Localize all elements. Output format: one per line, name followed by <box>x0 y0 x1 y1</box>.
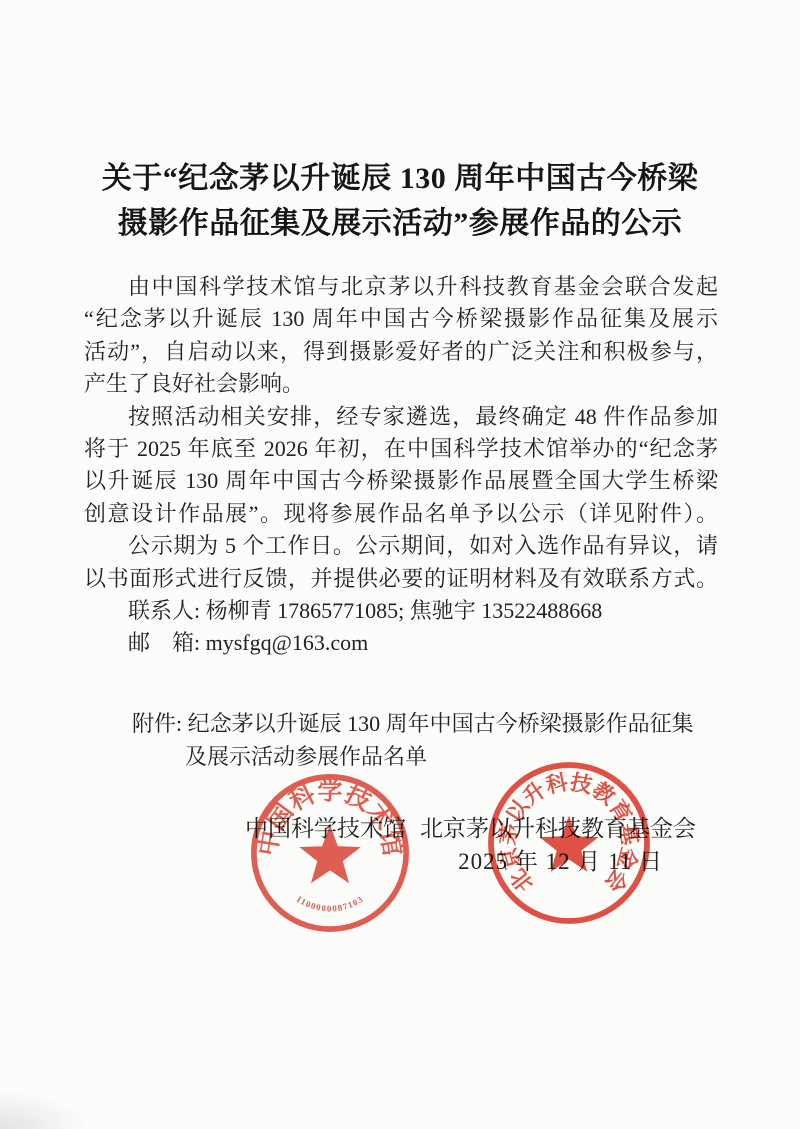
document-title: 关于“纪念茅以升诞辰 130 周年中国古今桥梁 摄影作品征集及展示活动”参展作品… <box>0 156 800 246</box>
seal-serial-number: 1100000087103 <box>295 894 366 914</box>
signature-org-right: 北京茅以升科技教育基金会 <box>420 812 696 845</box>
email-line: 邮 箱: mysfgq@163.com <box>84 627 718 659</box>
body-line: 由中国科学技术馆与北京茅以升科技教育基金会联合发起 <box>84 271 718 303</box>
body-line: 创意设计作品展”。现将参展作品名单予以公示（详见附件）。 <box>84 498 718 530</box>
signature-date: 2025 年 12 月 11 日 <box>245 845 667 878</box>
document-title-line1: 关于“纪念茅以升诞辰 130 周年中国古今桥梁 <box>0 156 800 201</box>
body-line: 以书面形式进行反馈，并提供必要的证明材料及有效联系方式。 <box>84 563 718 595</box>
body-line: 公示期为 5 个工作日。公示期间，如对入选作品有异议，请 <box>84 530 718 562</box>
attachment-line1: 附件: 纪念茅以升诞辰 130 周年中国古今桥梁摄影作品征集 <box>132 707 694 740</box>
attachment-note: 附件: 纪念茅以升诞辰 130 周年中国古今桥梁摄影作品征集 及展示活动参展作品… <box>132 707 694 773</box>
announcement-body: 由中国科学技术馆与北京茅以升科技教育基金会联合发起 “纪念茅以升诞辰 130 周… <box>84 271 718 660</box>
signature-orgs: 中国科学技术馆 北京茅以升科技教育基金会 <box>245 812 696 845</box>
body-line: 按照活动相关安排，经专家遴选，最终确定 48 件作品参加 <box>84 401 718 433</box>
body-line: 以升诞辰 130 周年中国古今桥梁摄影作品展暨全国大学生桥梁 <box>84 465 718 497</box>
contact-line: 联系人: 杨柳青 17865771085; 焦驰宇 13522488668 <box>84 595 718 627</box>
attachment-line2: 及展示活动参展作品名单 <box>132 740 694 773</box>
body-line: 活动”，自启动以来，得到摄影爱好者的广泛关注和积极参与， <box>84 336 718 368</box>
document-title-line2: 摄影作品征集及展示活动”参展作品的公示 <box>0 201 800 246</box>
body-line: 将于 2025 年底至 2026 年初，在中国科学技术馆举办的“纪念茅 <box>84 433 718 465</box>
signature-org-left: 中国科学技术馆 <box>245 812 406 845</box>
body-line: 产生了良好社会影响。 <box>84 368 718 400</box>
document-page: 关于“纪念茅以升诞辰 130 周年中国古今桥梁 摄影作品征集及展示活动”参展作品… <box>0 0 800 1129</box>
signature-block: 中国科学技术馆 北京茅以升科技教育基金会 2025 年 12 月 11 日 <box>245 812 696 878</box>
body-line: “纪念茅以升诞辰 130 周年中国古今桥梁摄影作品征集及展示 <box>84 303 718 335</box>
